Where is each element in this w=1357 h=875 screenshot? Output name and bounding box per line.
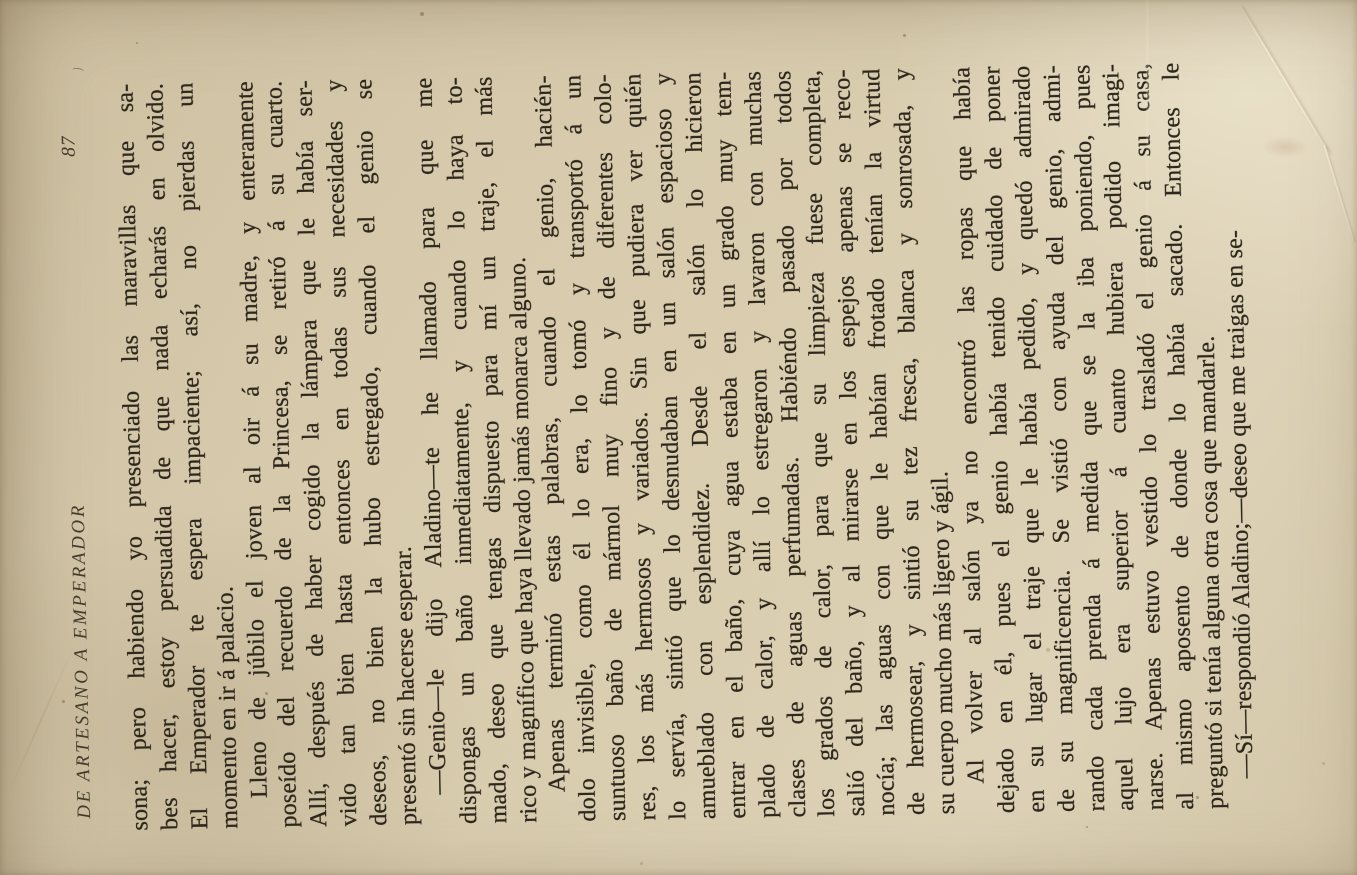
book-page-scan: DE ARTESANO A EMPERADOR 87 sona; pero ha… [0, 0, 1357, 875]
header-title: DE ARTESANO A EMPERADOR [68, 503, 95, 819]
paper-speck [903, 34, 906, 37]
paper-speck [643, 758, 646, 761]
paper-speck [62, 700, 65, 703]
paper-speck [1086, 826, 1088, 828]
running-header: DE ARTESANO A EMPERADOR 87 [59, 84, 96, 819]
paper-speck [1322, 762, 1325, 765]
paper-speck [420, 12, 424, 16]
paper-speck [136, 42, 138, 44]
paper-speck [1196, 796, 1199, 799]
page-rotated-sheet: DE ARTESANO A EMPERADOR 87 sona; pero ha… [0, 0, 1357, 875]
page-number: 87 [58, 135, 80, 157]
paper-speck [78, 760, 80, 762]
paper-speck [640, 862, 643, 865]
page-content: DE ARTESANO A EMPERADOR 87 sona; pero ha… [0, 0, 1357, 875]
paper-speck [265, 692, 268, 695]
text-block: sona; pero habiendo yo presenciado las m… [111, 61, 1262, 831]
paper-speck [1046, 648, 1050, 652]
